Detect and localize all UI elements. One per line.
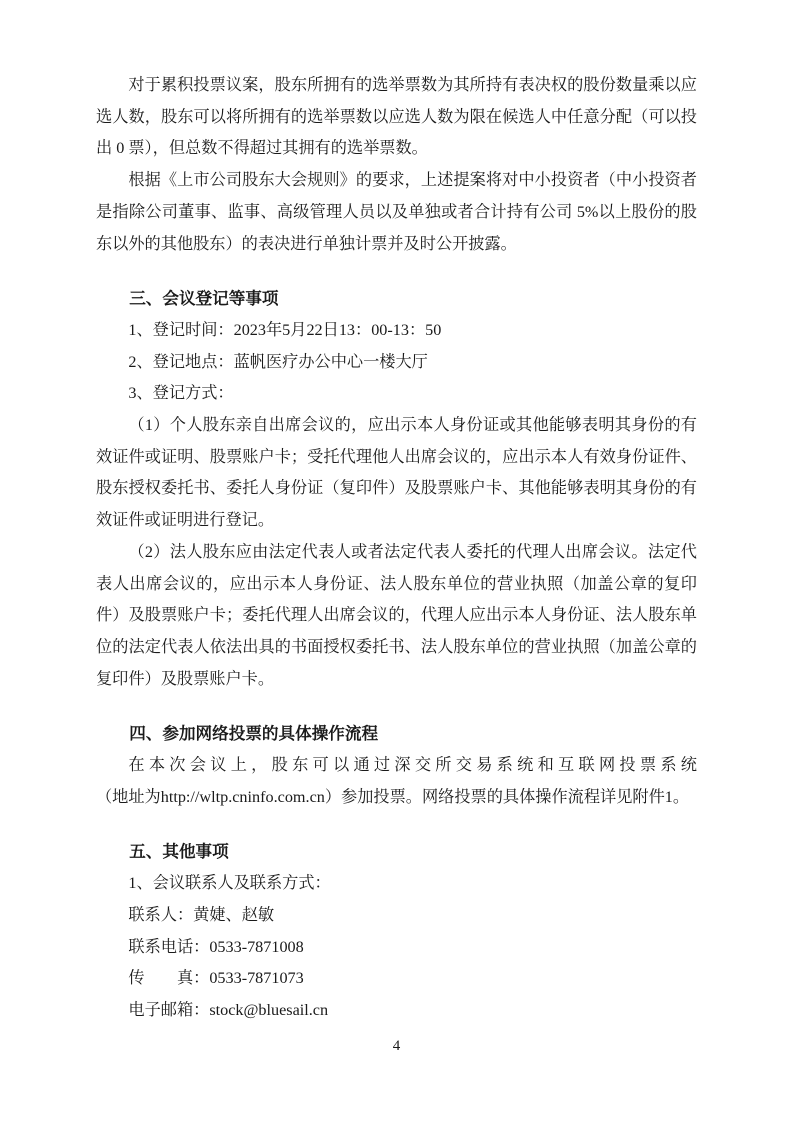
- section5-heading: 五、其他事项: [96, 836, 697, 868]
- section3-para-individual-shareholder: （1）个人股东亲自出席会议的，应出示本人身份证或其他能够表明其身份的有效证件或证…: [96, 410, 697, 537]
- section3-heading: 三、会议登记等事项: [96, 283, 697, 315]
- section3-para-legal-person-shareholder: （2）法人股东应由法定代表人或者法定代表人委托的代理人出席会议。法定代表人出席会…: [96, 537, 697, 696]
- document-page: 对于累积投票议案，股东所拥有的选举票数为其所持有表决权的股份数量乘以应选人数，股…: [0, 0, 793, 1122]
- contact-phone-line: 联系电话：0533-7871008: [96, 932, 697, 964]
- contact-fax-line: 传 真：0533-7871073: [96, 963, 697, 995]
- contact-email-line: 电子邮箱：stock@bluesail.cn: [96, 995, 697, 1027]
- section3-item-registration-place: 2、登记地点：蓝帆医疗办公中心一楼大厅: [96, 347, 697, 379]
- section4-heading: 四、参加网络投票的具体操作流程: [96, 718, 697, 750]
- section3-item-registration-method: 3、登记方式：: [96, 378, 697, 410]
- para-cumulative-voting: 对于累积投票议案，股东所拥有的选举票数为其所持有表决权的股份数量乘以应选人数，股…: [96, 70, 697, 165]
- section4-para-online-voting: 在本次会议上，股东可以通过深交所交易系统和互联网投票系统（地址为http://w…: [96, 750, 697, 813]
- page-number: 4: [96, 1031, 697, 1063]
- para-minority-investors: 根据《上市公司股东大会规则》的要求，上述提案将对中小投资者（中小投资者是指除公司…: [96, 165, 697, 260]
- section3-item-registration-time: 1、登记时间：2023年5月22日13：00-13：50: [96, 315, 697, 347]
- section5-item-contact-intro: 1、会议联系人及联系方式：: [96, 868, 697, 900]
- contact-name-line: 联系人：黄婕、赵敏: [96, 900, 697, 932]
